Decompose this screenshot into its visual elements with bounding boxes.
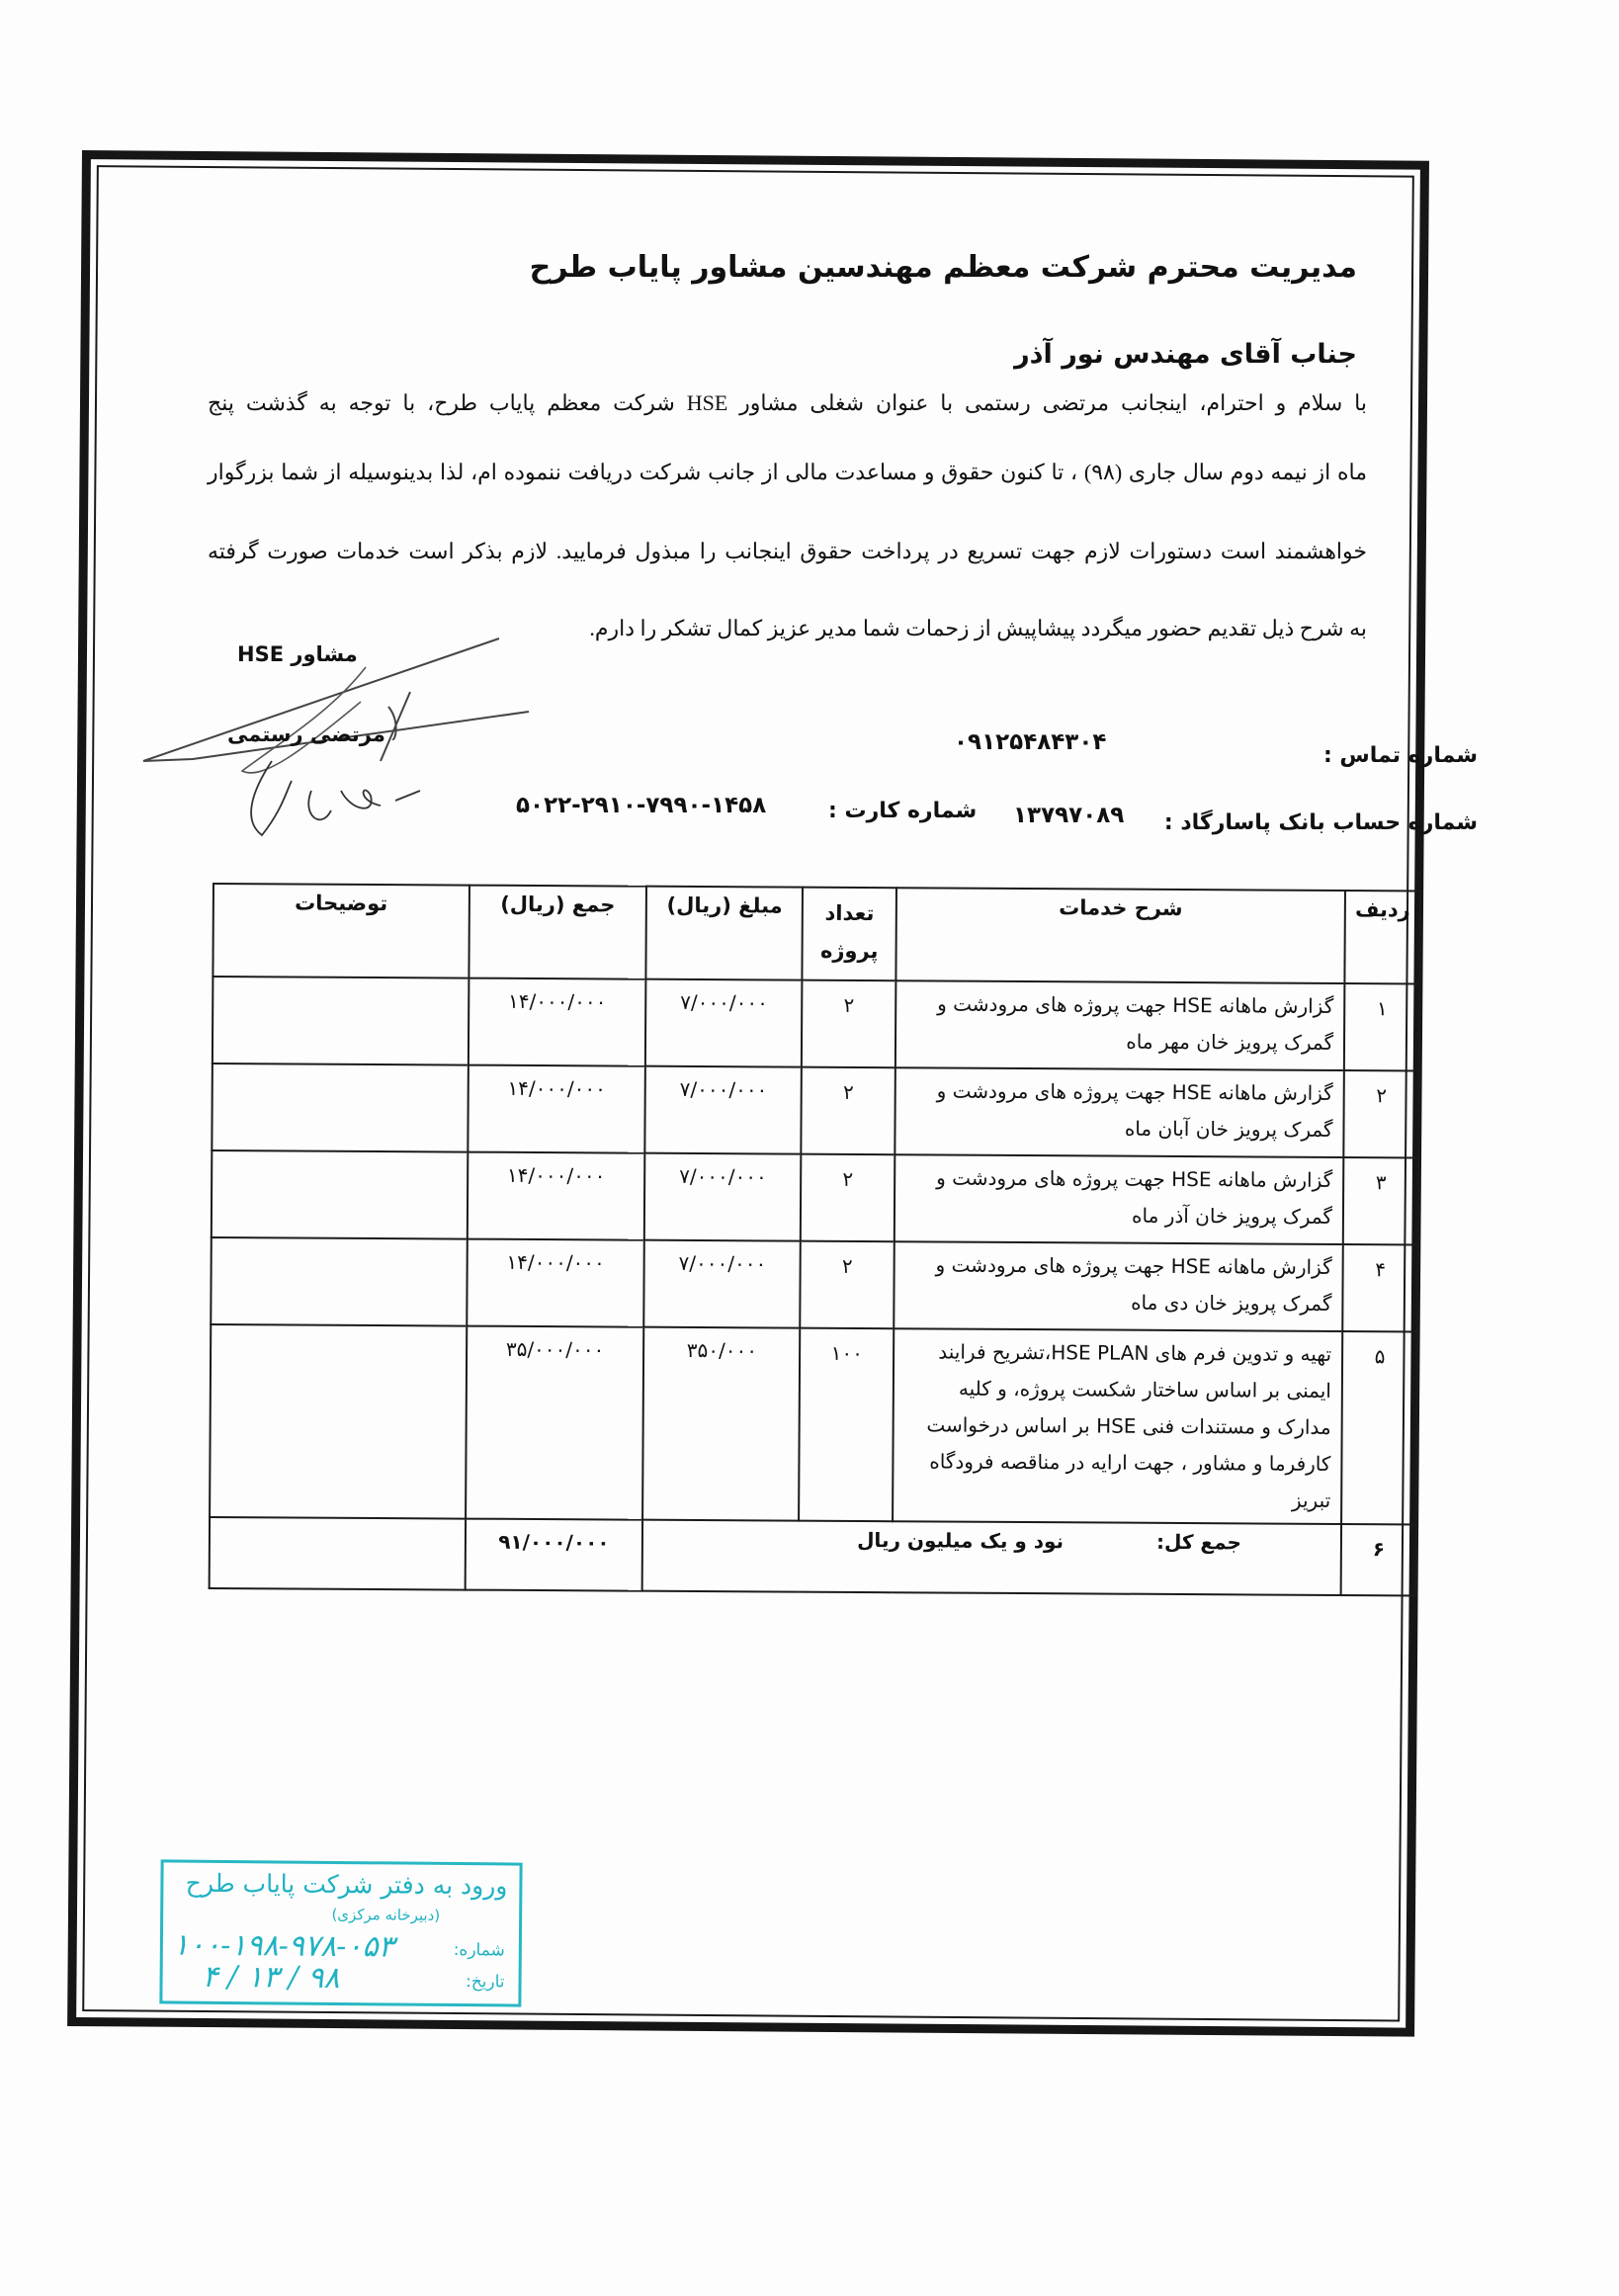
signature-title: مشاور HSE — [237, 642, 358, 666]
table-row: ۵ تهیه و تدوین فرم های HSE PLAN،تشریح فر… — [210, 1324, 1417, 1524]
bank-account-value: ۱۳۷۹۷۰۸۹ — [1013, 803, 1124, 828]
body-line-1: با سلام و احترام، اینجانب مرتضی رستمی با… — [208, 387, 1367, 418]
phone-value: ۰۹۱۲۵۴۸۴۳۰۴ — [954, 729, 1106, 755]
cell-row-number: ۶ — [1341, 1524, 1416, 1595]
header-sum: جمع (ریال) — [469, 886, 646, 979]
cell-description: گزارش ماهانه HSE جهت پروژه های مرودشت و … — [895, 1067, 1343, 1157]
cell-sum: ۱۴/۰۰۰/۰۰۰ — [468, 978, 645, 1066]
header-project-count: تعداد پروژه — [803, 888, 896, 981]
stamp-date-label: تاریخ: — [466, 1972, 505, 1992]
table-row: ۱ گزارش ماهانه HSE جهت پروژه های مرودشت … — [213, 977, 1420, 1070]
card-number-label: شماره کارت : — [828, 799, 977, 823]
card-number-value: ۵۰۲۲-۲۹۱۰-۷۹۹۰-۱۴۵۸ — [516, 793, 766, 818]
body-line-2: ماه از نیمه دوم سال جاری (۹۸) ، تا کنون … — [208, 457, 1367, 487]
header-amount: مبلغ (ریال) — [646, 887, 803, 980]
cell-notes — [213, 977, 469, 1065]
bank-account-label: شماره حساب بانک پاسارگاد : — [1164, 810, 1478, 835]
cell-sum: ۱۴/۰۰۰/۰۰۰ — [467, 1152, 644, 1240]
cell-description: گزارش ماهانه HSE جهت پروژه های مرودشت و … — [895, 1154, 1343, 1244]
cell-sum: ۱۴/۰۰۰/۰۰۰ — [467, 1239, 644, 1327]
registry-stamp: ورود به دفتر شرکت پایاب طرح (دبیرخانه مر… — [159, 1859, 522, 2006]
stamp-number-label: شماره: — [454, 1940, 505, 1960]
header-notes: توضیحات — [213, 884, 469, 978]
cell-total-sum: ۹۱/۰۰۰/۰۰۰ — [465, 1519, 642, 1591]
header-row-number: ردیف — [1344, 891, 1420, 983]
cell-count: ۲ — [802, 1067, 895, 1155]
cell-description: گزارش ماهانه HSE جهت پروژه های مرودشت و … — [894, 1241, 1342, 1331]
cell-notes — [212, 1150, 468, 1239]
cell-count: ۱۰۰ — [799, 1328, 894, 1522]
cell-row-number: ۲ — [1343, 1070, 1419, 1157]
total-in-words: نود و یک میلیون ریال — [857, 1528, 1064, 1553]
cell-sum: ۱۴/۰۰۰/۰۰۰ — [468, 1065, 645, 1153]
cell-amount: ۷/۰۰۰/۰۰۰ — [644, 1153, 801, 1241]
cell-count: ۲ — [802, 980, 895, 1068]
cell-total-label-and-words: جمع کل: نود و یک میلیون ریال — [642, 1520, 1341, 1595]
services-table: ردیف شرح خدمات تعداد پروژه مبلغ (ریال) ج… — [209, 883, 1421, 1596]
cell-notes — [210, 1517, 466, 1590]
cell-row-number: ۴ — [1342, 1244, 1418, 1331]
signature-name: مرتضی رستمی — [227, 723, 385, 746]
table-header-row: ردیف شرح خدمات تعداد پروژه مبلغ (ریال) ج… — [213, 884, 1420, 983]
cell-amount: ۷/۰۰۰/۰۰۰ — [645, 979, 802, 1067]
letter-body: با سلام و احترام، اینجانب مرتضی رستمی با… — [208, 387, 1367, 644]
cell-sum: ۳۵/۰۰۰/۰۰۰ — [466, 1326, 644, 1520]
cell-notes — [210, 1324, 467, 1519]
stamp-date-value: ۹۸ / ۱۳ / ۴ — [202, 1960, 339, 1996]
cell-description: گزارش ماهانه HSE جهت پروژه های مرودشت و … — [895, 980, 1344, 1070]
table-row: ۲ گزارش ماهانه HSE جهت پروژه های مرودشت … — [212, 1063, 1419, 1157]
cell-amount: ۳۵۰/۰۰۰ — [642, 1327, 800, 1521]
table-total-row: ۶ جمع کل: نود و یک میلیون ریال ۹۱/۰۰۰/۰۰… — [210, 1517, 1416, 1595]
phone-label: شماره تماس : — [1323, 743, 1478, 768]
letter-title: مدیریت محترم شرکت معظم مهندسین مشاور پای… — [530, 250, 1357, 285]
letter-addressee: جناب آقای مهندس نور آذر — [1014, 339, 1357, 370]
cell-description: تهیه و تدوین فرم های HSE PLAN،تشریح فرای… — [893, 1328, 1342, 1524]
stamp-title: ورود به دفتر شرکت پایاب طرح — [186, 1869, 508, 1901]
stamp-subtitle: (دبیرخانه مرکزی) — [331, 1906, 440, 1924]
cell-amount: ۷/۰۰۰/۰۰۰ — [644, 1240, 801, 1328]
cell-row-number: ۳ — [1343, 1157, 1419, 1244]
cell-notes — [211, 1237, 467, 1326]
cell-notes — [212, 1063, 468, 1152]
body-line-4: به شرح ذیل تقدیم حضور میگردد پیشاپیش از … — [589, 613, 1367, 643]
body-line-3: خواهشمند است دستورات لازم جهت تسریع در پ… — [208, 536, 1367, 566]
table-row: ۳ گزارش ماهانه HSE جهت پروژه های مرودشت … — [212, 1150, 1419, 1244]
cell-row-number: ۱ — [1344, 983, 1420, 1070]
cell-amount: ۷/۰۰۰/۰۰۰ — [645, 1066, 802, 1154]
cell-row-number: ۵ — [1341, 1331, 1417, 1524]
header-description: شرح خدمات — [896, 888, 1345, 983]
table-row: ۴ گزارش ماهانه HSE جهت پروژه های مرودشت … — [211, 1237, 1418, 1331]
cell-count: ۲ — [801, 1154, 895, 1242]
cell-count: ۲ — [800, 1241, 894, 1329]
total-label: جمع کل: — [1156, 1530, 1241, 1555]
